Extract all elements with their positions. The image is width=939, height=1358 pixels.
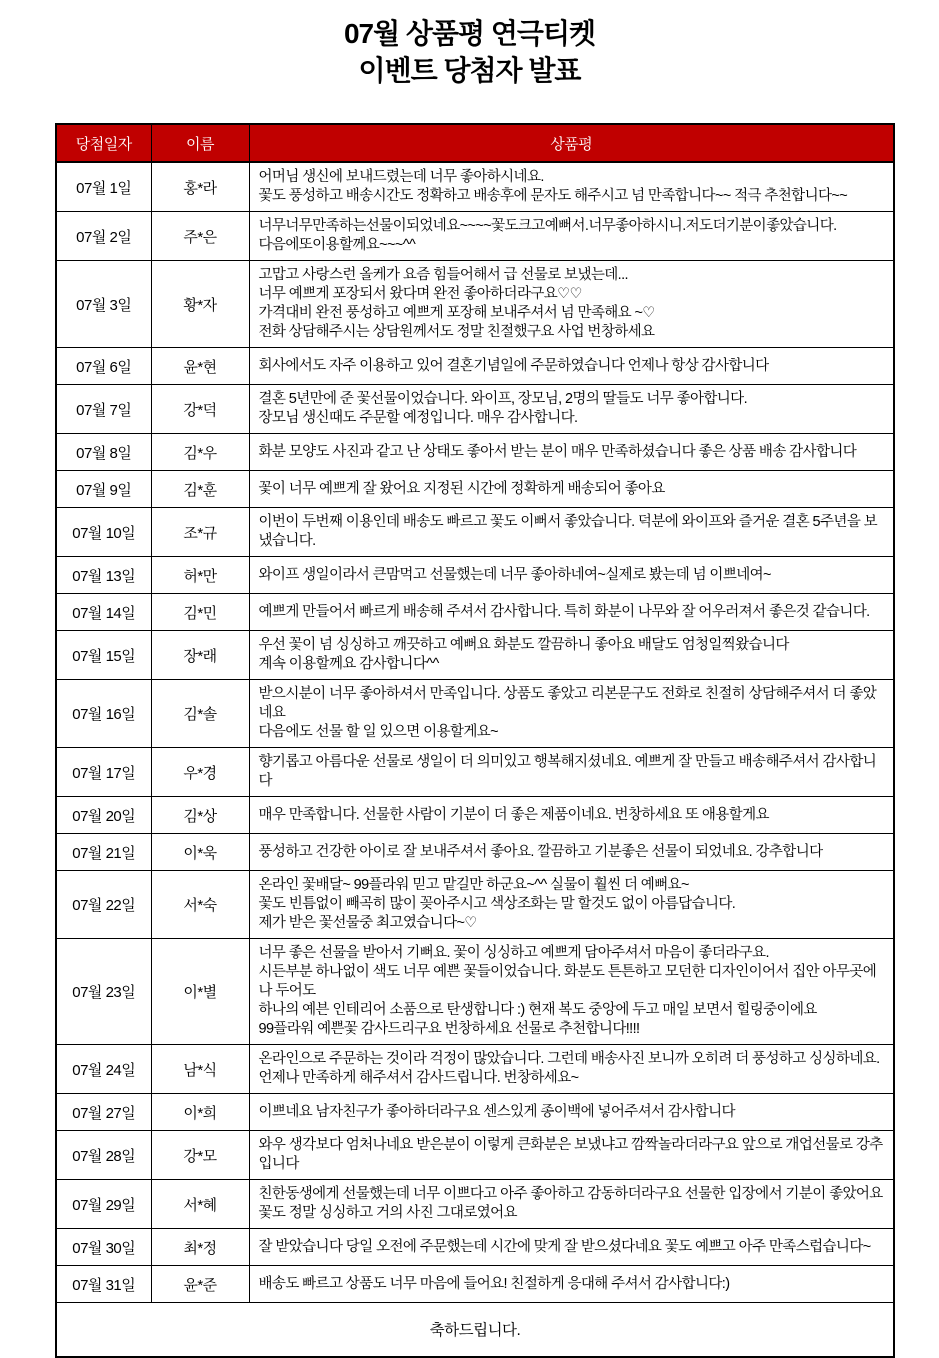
winner-date-cell: 07월 22일 (56, 871, 151, 939)
table-row: 07월 10일조*규이번이 두번째 이용인데 배송도 빠르고 꽃도 이뻐서 좋았… (56, 508, 894, 557)
review-cell: 친한동생에게 선물했는데 너무 이쁘다고 아주 좋아하고 감동하더라구요 선물한… (249, 1180, 894, 1229)
winner-date-cell: 07월 6일 (56, 348, 151, 385)
table-row: 07월 17일우*경향기롭고 아름다운 선물로 생일이 더 의미있고 행복해지셨… (56, 748, 894, 797)
winner-date-cell: 07월 30일 (56, 1229, 151, 1266)
review-cell: 받으시분이 너무 좋아하셔서 만족입니다. 상품도 좋았고 리본문구도 전화로 … (249, 680, 894, 748)
winner-date-cell: 07월 28일 (56, 1131, 151, 1180)
table-footer: 축하드립니다. (56, 1303, 894, 1357)
review-cell: 결혼 5년만에 준 꽃선물이었습니다. 와이프, 장모님, 2명의 딸들도 너무… (249, 385, 894, 434)
table-row: 07월 9일김*훈꽃이 너무 예쁘게 잘 왔어요 지정된 시간에 정확하게 배송… (56, 471, 894, 508)
winner-name-cell: 주*은 (151, 212, 249, 261)
table-row: 07월 29일서*혜친한동생에게 선물했는데 너무 이쁘다고 아주 좋아하고 감… (56, 1180, 894, 1229)
review-cell: 너무 좋은 선물을 받아서 기뻐요. 꽃이 싱싱하고 예쁘게 담아주셔서 마음이… (249, 939, 894, 1045)
winner-date-cell: 07월 10일 (56, 508, 151, 557)
winner-date-cell: 07월 13일 (56, 557, 151, 594)
review-cell: 잘 받았습니다 당일 오전에 주문했는데 시간에 맞게 잘 받으셨다네요 꽃도 … (249, 1229, 894, 1266)
winner-name-cell: 김*훈 (151, 471, 249, 508)
review-cell: 향기롭고 아름다운 선물로 생일이 더 의미있고 행복해지셨네요. 예쁘게 잘 … (249, 748, 894, 797)
table-row: 07월 6일윤*현회사에서도 자주 이용하고 있어 결혼기념일에 주문하였습니다… (56, 348, 894, 385)
table-row: 07월 16일김*솔받으시분이 너무 좋아하셔서 만족입니다. 상품도 좋았고 … (56, 680, 894, 748)
table-row: 07월 27일이*희이쁘네요 남자친구가 좋아하더라구요 센스있게 종이백에 넣… (56, 1094, 894, 1131)
page-title-line2: 이벤트 당첨자 발표 (0, 53, 939, 90)
footer-row: 축하드립니다. (56, 1303, 894, 1357)
review-cell: 온라인으로 주문하는 것이라 걱정이 많았습니다. 그런데 배송사진 보니까 오… (249, 1045, 894, 1094)
table-row: 07월 14일김*민예쁘게 만들어서 빠르게 배송해 주셔서 감사합니다. 특히… (56, 594, 894, 631)
winner-name-cell: 김*상 (151, 797, 249, 834)
table-row: 07월 8일김*우화분 모양도 사진과 같고 난 상태도 좋아서 받는 분이 매… (56, 434, 894, 471)
table-row: 07월 22일서*숙온라인 꽃배달~ 99플라워 믿고 맡길만 하군요~^^ 실… (56, 871, 894, 939)
table-row: 07월 23일이*별너무 좋은 선물을 받아서 기뻐요. 꽃이 싱싱하고 예쁘게… (56, 939, 894, 1045)
winner-date-cell: 07월 8일 (56, 434, 151, 471)
winner-name-cell: 우*경 (151, 748, 249, 797)
winner-date-cell: 07월 2일 (56, 212, 151, 261)
winner-name-cell: 남*식 (151, 1045, 249, 1094)
page-title: 07월 상품평 연극티켓 이벤트 당첨자 발표 (0, 0, 939, 90)
winner-name-cell: 강*모 (151, 1131, 249, 1180)
winners-table: 당첨일자 이름 상품평 07월 1일홍*라어머님 생신에 보내드렸는데 너무 좋… (55, 123, 895, 1358)
winner-name-cell: 황*자 (151, 261, 249, 348)
winner-date-cell: 07월 21일 (56, 834, 151, 871)
winner-name-cell: 최*정 (151, 1229, 249, 1266)
review-cell: 고맙고 사랑스런 올케가 요즘 힘들어해서 급 선물로 보냈는데... 너무 예… (249, 261, 894, 348)
review-cell: 와이프 생일이라서 큰맘먹고 선물했는데 너무 좋아하네여~실제로 봤는데 넘 … (249, 557, 894, 594)
table-row: 07월 21일이*욱풍성하고 건강한 아이로 잘 보내주셔서 좋아요. 깔끔하고… (56, 834, 894, 871)
winner-name-cell: 김*우 (151, 434, 249, 471)
winner-name-cell: 윤*현 (151, 348, 249, 385)
review-cell: 이쁘네요 남자친구가 좋아하더라구요 센스있게 종이백에 넣어주셔서 감사합니다 (249, 1094, 894, 1131)
table-row: 07월 15일장*래우선 꽃이 넘 싱싱하고 깨끗하고 예뻐요 화분도 깔끔하니… (56, 631, 894, 680)
winner-date-cell: 07월 3일 (56, 261, 151, 348)
winner-date-cell: 07월 29일 (56, 1180, 151, 1229)
winner-name-cell: 이*희 (151, 1094, 249, 1131)
table-body: 07월 1일홍*라어머님 생신에 보내드렸는데 너무 좋아하시네요. 꽃도 풍성… (56, 162, 894, 1303)
winner-name-cell: 장*래 (151, 631, 249, 680)
column-header-date: 당첨일자 (56, 124, 151, 162)
winner-date-cell: 07월 23일 (56, 939, 151, 1045)
page-title-line1: 07월 상품평 연극티켓 (0, 16, 939, 53)
table-row: 07월 3일황*자고맙고 사랑스런 올케가 요즘 힘들어해서 급 선물로 보냈는… (56, 261, 894, 348)
column-header-name: 이름 (151, 124, 249, 162)
table-row: 07월 30일최*정잘 받았습니다 당일 오전에 주문했는데 시간에 맞게 잘 … (56, 1229, 894, 1266)
winner-date-cell: 07월 15일 (56, 631, 151, 680)
winner-name-cell: 조*규 (151, 508, 249, 557)
header-row: 당첨일자 이름 상품평 (56, 124, 894, 162)
winner-date-cell: 07월 9일 (56, 471, 151, 508)
review-cell: 와우 생각보다 엄처나네요 받은분이 이렇게 큰화분은 보냈냐고 깜짝놀라더라구… (249, 1131, 894, 1180)
review-cell: 화분 모양도 사진과 같고 난 상태도 좋아서 받는 분이 매우 만족하셨습니다… (249, 434, 894, 471)
winner-date-cell: 07월 27일 (56, 1094, 151, 1131)
congratulations-cell: 축하드립니다. (56, 1303, 894, 1357)
winner-date-cell: 07월 16일 (56, 680, 151, 748)
table-row: 07월 13일허*만와이프 생일이라서 큰맘먹고 선물했는데 너무 좋아하네여~… (56, 557, 894, 594)
winner-date-cell: 07월 14일 (56, 594, 151, 631)
winner-name-cell: 강*덕 (151, 385, 249, 434)
column-header-review: 상품평 (249, 124, 894, 162)
winner-name-cell: 이*욱 (151, 834, 249, 871)
table-row: 07월 7일강*덕결혼 5년만에 준 꽃선물이었습니다. 와이프, 장모님, 2… (56, 385, 894, 434)
table-header: 당첨일자 이름 상품평 (56, 124, 894, 162)
winner-name-cell: 서*혜 (151, 1180, 249, 1229)
winner-date-cell: 07월 1일 (56, 162, 151, 212)
table-row: 07월 1일홍*라어머님 생신에 보내드렸는데 너무 좋아하시네요. 꽃도 풍성… (56, 162, 894, 212)
review-cell: 어머님 생신에 보내드렸는데 너무 좋아하시네요. 꽃도 풍성하고 배송시간도 … (249, 162, 894, 212)
winner-name-cell: 이*별 (151, 939, 249, 1045)
winner-name-cell: 김*민 (151, 594, 249, 631)
winner-name-cell: 김*솔 (151, 680, 249, 748)
review-cell: 온라인 꽃배달~ 99플라워 믿고 맡길만 하군요~^^ 실물이 훨씬 더 예뻐… (249, 871, 894, 939)
winner-name-cell: 서*숙 (151, 871, 249, 939)
table-row: 07월 20일김*상매우 만족합니다. 선물한 사람이 기분이 더 좋은 제품이… (56, 797, 894, 834)
review-cell: 우선 꽃이 넘 싱싱하고 깨끗하고 예뻐요 화분도 깔끔하니 좋아요 배달도 엄… (249, 631, 894, 680)
review-cell: 예쁘게 만들어서 빠르게 배송해 주셔서 감사합니다. 특히 화분이 나무와 잘… (249, 594, 894, 631)
notice-page: { "title": { "line1": "07월 상품평 연극티켓", "l… (0, 0, 939, 1297)
review-cell: 매우 만족합니다. 선물한 사람이 기분이 더 좋은 제품이네요. 번창하세요 … (249, 797, 894, 834)
table-row: 07월 28일강*모와우 생각보다 엄처나네요 받은분이 이렇게 큰화분은 보냈… (56, 1131, 894, 1180)
table-row: 07월 24일남*식온라인으로 주문하는 것이라 걱정이 많았습니다. 그런데 … (56, 1045, 894, 1094)
winner-date-cell: 07월 20일 (56, 797, 151, 834)
table-row: 07월 2일주*은너무너무만족하는선물이되었네요~~~~꽃도크고예뻐서.너무좋아… (56, 212, 894, 261)
review-cell: 너무너무만족하는선물이되었네요~~~~꽃도크고예뻐서.너무좋아하시니.저도더기분… (249, 212, 894, 261)
review-cell: 회사에서도 자주 이용하고 있어 결혼기념일에 주문하였습니다 언제나 항상 감… (249, 348, 894, 385)
winner-name-cell: 홍*라 (151, 162, 249, 212)
winner-date-cell: 07월 24일 (56, 1045, 151, 1094)
winner-date-cell: 07월 17일 (56, 748, 151, 797)
review-cell: 풍성하고 건강한 아이로 잘 보내주셔서 좋아요. 깔끔하고 기분좋은 선물이 … (249, 834, 894, 871)
winner-name-cell: 허*만 (151, 557, 249, 594)
review-cell: 꽃이 너무 예쁘게 잘 왔어요 지정된 시간에 정확하게 배송되어 좋아요 (249, 471, 894, 508)
review-cell: 이번이 두번째 이용인데 배송도 빠르고 꽃도 이뻐서 좋았습니다. 덕분에 와… (249, 508, 894, 557)
winner-date-cell: 07월 7일 (56, 385, 151, 434)
